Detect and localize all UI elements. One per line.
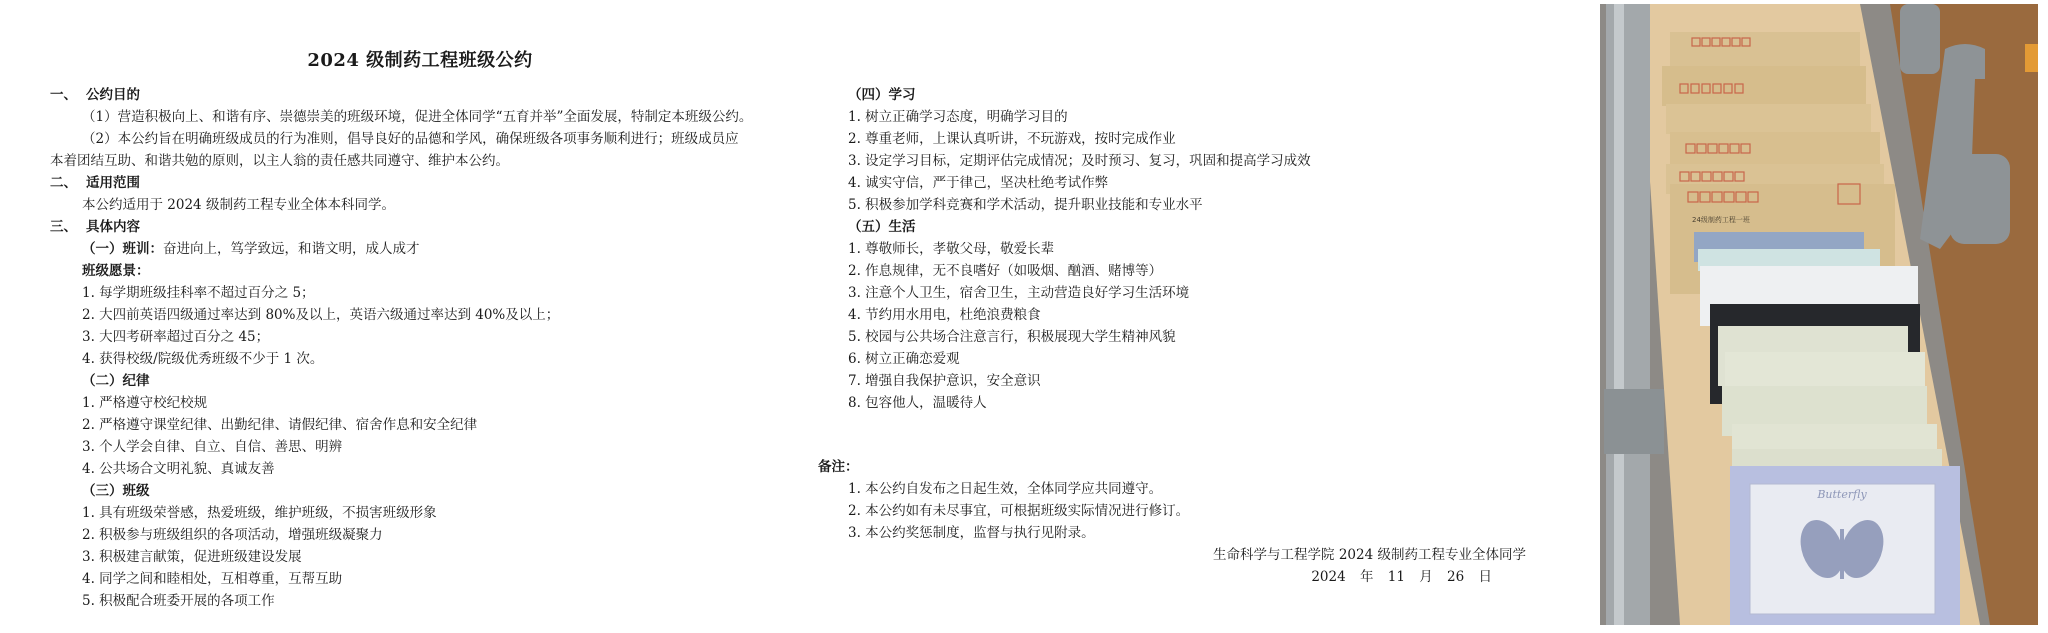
discipline-item: 2. 严格遵守课堂纪律、出勤纪律、请假纪律、宿舍作息和安全纪律 <box>50 414 810 436</box>
photo-illustration: 24级制药工程一班 Butterfly <box>1600 4 2038 625</box>
discipline-heading: （二）纪律 <box>50 370 810 392</box>
svg-text:Butterfly: Butterfly <box>1816 488 1867 501</box>
vision-label: 班级愿景： <box>50 260 810 282</box>
class-heading: （三）班级 <box>50 480 810 502</box>
life-item: 2. 作息规律，无不良嗜好（如吸烟、酗酒、赌博等） <box>848 260 1548 282</box>
document-title: 2024 级制药工程班级公约 <box>0 46 840 72</box>
signature-date: 2024 年 11 月 26 日 <box>1000 566 1526 588</box>
study-item: 3. 设定学习目标，定期评估完成情况；及时预习、复习，巩固和提高学习成效 <box>848 150 1548 172</box>
life-item: 1. 尊敬师长，孝敬父母，敬爱长辈 <box>848 238 1548 260</box>
purpose-paragraph-2-cont: 本着团结互助、和谐共勉的原则，以主人翁的责任感共同遵守、维护本公约。 <box>50 150 810 172</box>
right-column: （四）学习 1. 树立正确学习态度，明确学习目的 2. 尊重老师，上课认真听讲，… <box>848 84 1548 414</box>
life-item: 5. 校园与公共场合注意言行，积极展现大学生精神风貌 <box>848 326 1548 348</box>
purpose-paragraph-2: （2）本公约旨在明确班级成员的行为准则，倡导良好的品德和学风，确保班级各项事务顺… <box>50 128 810 150</box>
class-item: 2. 积极参与班级组织的各项活动，增强班级凝聚力 <box>50 524 810 546</box>
study-heading: （四）学习 <box>848 84 1548 106</box>
discipline-item: 3. 个人学会自律、自立、自信、善思、明辨 <box>50 436 810 458</box>
vision-item: 4. 获得校级/院级优秀班级不少于 1 次。 <box>50 348 810 370</box>
vision-item: 3. 大四考研率超过百分之 45； <box>50 326 810 348</box>
purpose-paragraph-1: （1）营造积极向上、和谐有序、崇德崇美的班级环境，促进全体同学“五育并举”全面发… <box>50 106 810 128</box>
class-motto: （一）班训：奋进向上，笃学致远，和谐文明，成人成才 <box>50 238 810 260</box>
section-heading-content: 三、具体内容 <box>50 216 810 238</box>
class-item: 5. 积极配合班委开展的各项工作 <box>50 590 810 612</box>
life-item: 4. 节约用水用电，杜绝浪费粮食 <box>848 304 1548 326</box>
scope-text: 本公约适用于 2024 级制药工程专业全体本科同学。 <box>50 194 810 216</box>
section-title: 具体内容 <box>86 219 140 235</box>
life-item: 7. 增强自我保护意识，安全意识 <box>848 370 1548 392</box>
study-item: 5. 积极参加学科竞赛和学术活动，提升职业技能和专业水平 <box>848 194 1548 216</box>
envelopes-and-cards-photo: 24级制药工程一班 Butterfly <box>1600 4 2038 625</box>
section-title: 公约目的 <box>86 87 140 103</box>
study-item: 2. 尊重老师，上课认真听讲，不玩游戏，按时完成作业 <box>848 128 1548 150</box>
note-item: 1. 本公约自发布之日起生效，全体同学应共同遵守。 <box>818 478 1538 500</box>
class-item: 1. 具有班级荣誉感，热爱班级，维护班级，不损害班级形象 <box>50 502 810 524</box>
section-heading-scope: 二、适用范围 <box>50 172 810 194</box>
motto-text: 奋进向上，笃学致远，和谐文明，成人成才 <box>163 241 420 257</box>
vision-item: 1. 每学期班级挂科率不超过百分之 5； <box>50 282 810 304</box>
discipline-item: 1. 严格遵守校纪校规 <box>50 392 810 414</box>
notes-section: 备注： 1. 本公约自发布之日起生效，全体同学应共同遵守。 2. 本公约如有未尽… <box>818 456 1538 544</box>
life-item: 8. 包容他人，温暖待人 <box>848 392 1548 414</box>
signature-organization: 生命科学与工程学院 2024 级制药工程专业全体同学 <box>1000 544 1526 566</box>
section-number: 三、 <box>50 216 86 238</box>
class-item: 4. 同学之间和睦相处，互相尊重，互帮互助 <box>50 568 810 590</box>
svg-text:24级制药工程一班: 24级制药工程一班 <box>1692 215 1750 224</box>
study-item: 1. 树立正确学习态度，明确学习目的 <box>848 106 1548 128</box>
document-page: 2024 级制药工程班级公约 一、公约目的 （1）营造积极向上、和谐有序、崇德崇… <box>0 0 1590 633</box>
note-item: 2. 本公约如有未尽事宜，可根据班级实际情况进行修订。 <box>818 500 1538 522</box>
life-heading: （五）生活 <box>848 216 1548 238</box>
life-item: 6. 树立正确恋爱观 <box>848 348 1548 370</box>
section-number: 二、 <box>50 172 86 194</box>
study-item: 4. 诚实守信，严于律己，坚决杜绝考试作弊 <box>848 172 1548 194</box>
section-number: 一、 <box>50 84 86 106</box>
motto-label: （一）班训： <box>82 241 163 257</box>
note-item: 3. 本公约奖惩制度，监督与执行见附录。 <box>818 522 1538 544</box>
notes-heading: 备注： <box>818 456 1538 478</box>
life-item: 3. 注意个人卫生，宿舍卫生，主动营造良好学习生活环境 <box>848 282 1548 304</box>
section-heading-purpose: 一、公约目的 <box>50 84 810 106</box>
left-column: 一、公约目的 （1）营造积极向上、和谐有序、崇德崇美的班级环境，促进全体同学“五… <box>50 84 810 612</box>
vision-item: 2. 大四前英语四级通过率达到 80%及以上，英语六级通过率达到 40%及以上； <box>50 304 810 326</box>
class-item: 3. 积极建言献策，促进班级建设发展 <box>50 546 810 568</box>
section-title: 适用范围 <box>86 175 140 191</box>
discipline-item: 4. 公共场合文明礼貌、真诚友善 <box>50 458 810 480</box>
